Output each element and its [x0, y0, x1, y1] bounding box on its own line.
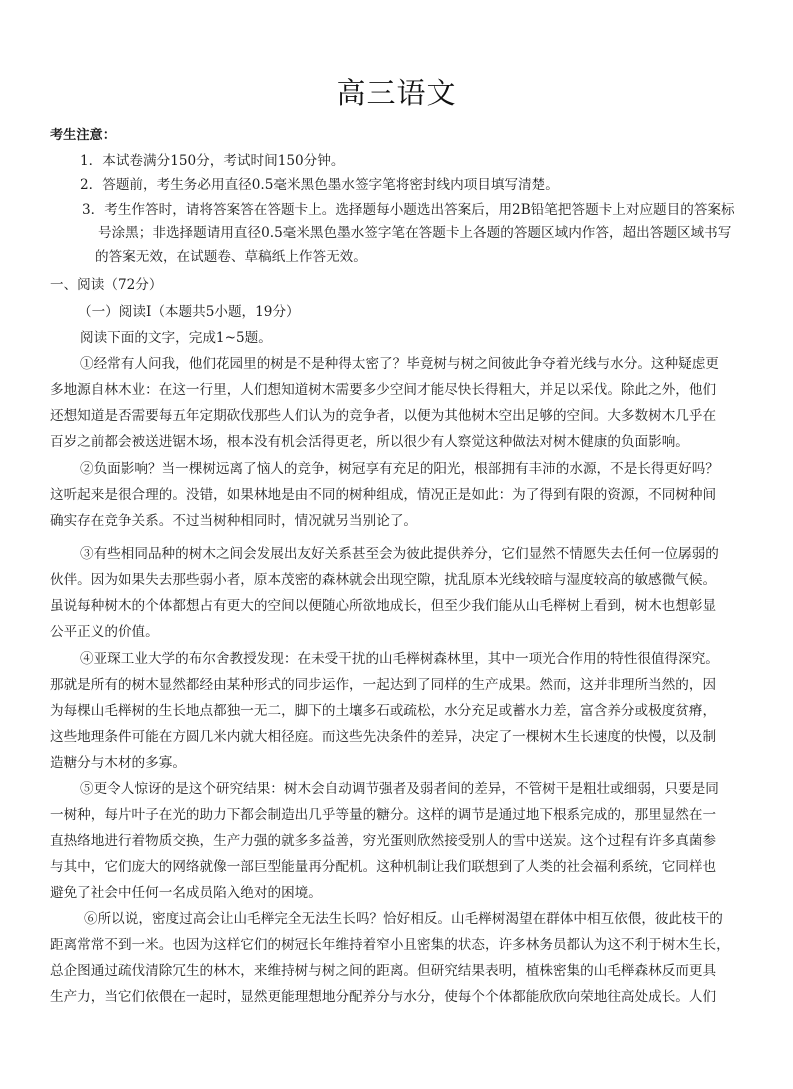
paragraph-5-line-3: 直热络地进行着物质交换，生产力强的就多多益善，穷光蛋则欣然接受别人的雪中送炭。这… [50, 832, 750, 850]
document-title: 高三语文 [0, 71, 793, 112]
paragraph-3-line-1: ③有些相同品种的树木之间会发展出友好关系甚至会为彼此提供养分，它们显然不情愿失去… [80, 545, 780, 563]
paragraph-6-line-4: 生产力，当它们依偎在一起时，显然更能理想地分配养分与水分，使每个个体都能欣欣向荣… [50, 988, 750, 1006]
subsection-heading: （一）阅读Ⅰ（本题共5小题，19分） [78, 303, 300, 321]
paragraph-1-line-1: ①经常有人问我，他们花园里的树是不是种得太密了？毕竟树与树之间彼此争夺着光线与水… [80, 355, 780, 373]
paragraph-5-line-5: 避免了社会中任何一名成员陷入绝对的困境。 [50, 884, 750, 902]
paragraph-3-line-3: 虽说每种树木的个体都想占有更大的空间以便随心所欲地成长，但至少我们能从山毛榉树上… [50, 597, 750, 615]
notice-heading: 考生注意： [50, 127, 116, 145]
paragraph-4-line-5: 造糖分与木材的多寡。 [50, 754, 750, 772]
paragraph-5-line-4: 与其中，它们庞大的网络就像一部巨型能量再分配机。这种机制让我们联想到了人类的社会… [50, 858, 750, 876]
notice-item-1: 1．本试卷满分150分，考试时间150分钟。 [80, 152, 344, 170]
section-heading: 一、阅读（72分） [50, 276, 162, 294]
reading-instruction: 阅读下面的文字，完成1~5题。 [80, 329, 272, 347]
notice-item-2: 2．答题前，考生务必用直径0.5毫米黑色墨水签字笔将密封线内项目填写清楚。 [80, 176, 559, 194]
paragraph-5-line-2: 一树种，每片叶子在光的助力下都会制造出几乎等量的糖分。这样的调节是通过地下根系完… [50, 806, 750, 824]
notice-item-3: 3．考生作答时，请将答案答在答题卡上。选择题每小题选出答案后，用2B铅笔把答题卡… [82, 201, 735, 219]
paragraph-1-line-2: 多地源自林木业：在这一行里，人们想知道树木需要多少空间才能尽快长得粗大，并足以采… [50, 381, 750, 399]
notice-item-3-cont-2: 的答案无效，在试题卷、草稿纸上作答无效。 [95, 248, 367, 266]
paragraph-4-line-2: 那就是所有的树木显然都经由某种形式的同步运作，一起达到了同样的生产成果。然而，这… [50, 676, 750, 694]
paragraph-4-line-1: ④亚琛工业大学的布尔舍教授发现：在未受干扰的山毛榉树森林里，其中一项光合作用的特… [80, 650, 780, 668]
paragraph-3-line-4: 公平正义的价值。 [50, 623, 750, 641]
paragraph-5-line-1: ⑤更令人惊讶的是这个研究结果：树木会自动调节强者及弱者间的差异，不管树干是粗壮或… [80, 780, 780, 798]
paragraph-2-line-1: ②负面影响？当一棵树远离了恼人的竞争，树冠享有充足的阳光，根部拥有丰沛的水源，不… [80, 460, 780, 478]
paragraph-3-line-2: 伙伴。因为如果失去那些弱小者，原本茂密的森林就会出现空隙，扰乱原本光线较暗与湿度… [50, 571, 750, 589]
paragraph-6-line-3: 总企图通过疏伐清除冗生的林木，来维持树与树之间的距离。但研究结果表明，植株密集的… [50, 962, 750, 980]
notice-item-3-cont-1: 号涂黑；非选择题请用直径0.5毫米黑色墨水签字笔在答题卡上各题的答题区域内作答，… [98, 224, 731, 242]
paragraph-1-line-3: 还想知道是否需要每五年定期砍伐那些人们认为的竞争者，以便为其他树木空出足够的空间… [50, 407, 750, 425]
paragraph-6-line-2: 距离常常不到一米。也因为这样它们的树冠长年维持着窄小且密集的状态，许多林务员都认… [50, 936, 750, 954]
paragraph-2-line-2: 这听起来是很合理的。没错，如果林地是由不同的树种组成，情况正是如此：为了得到有限… [50, 486, 750, 504]
paragraph-4-line-4: 这些地理条件可能在方圆几米内就大相径庭。而这些先决条件的差异，决定了一棵树木生长… [50, 728, 750, 746]
paragraph-4-line-3: 为每棵山毛榉树的生长地点都独一无二，脚下的土壤多石或疏松，水分充足或蓄水力差，富… [50, 702, 750, 720]
paragraph-6-line-1: ⑥所以说，密度过高会让山毛榉完全无法生长吗？恰好相反。山毛榉树渴望在群体中相互依… [84, 910, 784, 928]
paragraph-1-line-4: 百岁之前都会被送进锯木场，根本没有机会活得更老，所以很少有人察觉这种做法对树木健… [50, 433, 750, 451]
paragraph-2-line-3: 确实存在竞争关系。不过当树种相同时，情况就另当别论了。 [50, 512, 750, 530]
